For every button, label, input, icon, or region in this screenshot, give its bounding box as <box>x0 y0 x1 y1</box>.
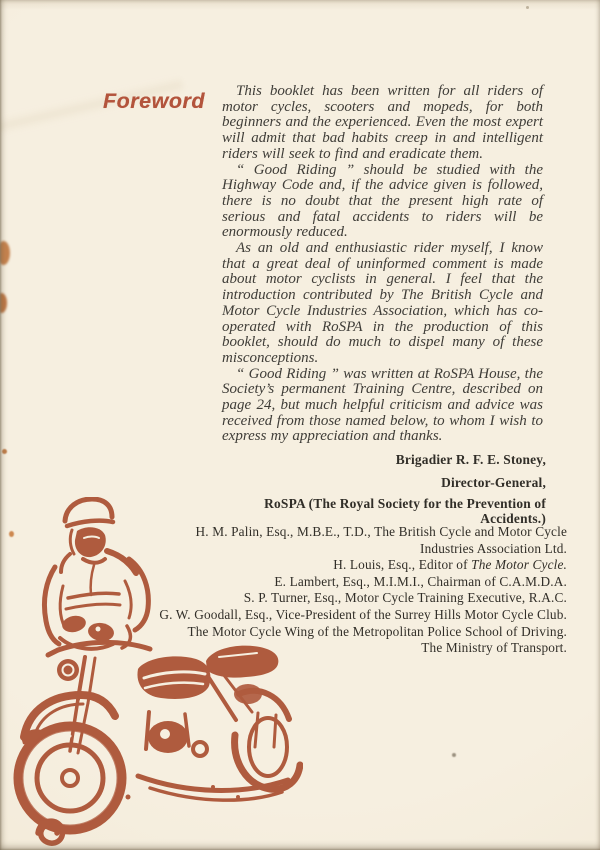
acknowledgment-text: H. Louis, Esq., Editor of <box>333 557 471 572</box>
acknowledgment-line: H. M. Palin, Esq., M.B.E., T.D., The Bri… <box>95 524 567 541</box>
page-left-edge <box>0 0 2 850</box>
page-title: Foreword <box>103 89 205 114</box>
acknowledgment-line: G. W. Goodall, Esq., Vice-President of t… <box>95 607 567 624</box>
motorcycle-figure <box>18 642 300 843</box>
acknowledgment-line: The Motor Cycle Wing of the Metropolitan… <box>95 624 567 641</box>
paragraph: “ Good Riding ” was written at RoSPA Hou… <box>222 367 543 446</box>
acknowledgment-line: Industries Association Ltd. <box>95 541 567 558</box>
paper-speck <box>452 753 456 757</box>
acknowledgment-line: The Ministry of Transport. <box>95 640 567 657</box>
paper-foxing-spot <box>2 449 7 454</box>
paragraph: This booklet has been written for all ri… <box>222 84 543 163</box>
acknowledgment-line: H. Louis, Esq., Editor of The Motor Cycl… <box>95 557 567 574</box>
acknowledgment-line: S. P. Turner, Esq., Motor Cycle Training… <box>95 590 567 607</box>
signature-block: Brigadier R. F. E. Stoney, Director-Gene… <box>220 452 546 526</box>
signature-name: Brigadier R. F. E. Stoney, <box>220 452 546 467</box>
scanned-booklet-page: Foreword This booklet has been written f… <box>0 0 600 850</box>
signature-title: Director-General, <box>220 475 546 490</box>
acknowledgments-list: H. M. Palin, Esq., M.B.E., T.D., The Bri… <box>95 524 567 657</box>
paper-foxing-spot <box>9 531 14 537</box>
paper-speck <box>526 6 529 9</box>
acknowledgment-line: E. Lambert, Esq., M.I.M.I., Chairman of … <box>95 574 567 591</box>
signature-organisation: RoSPA (The Royal Society for the Prevent… <box>220 496 546 526</box>
paragraph: As an old and enthusiastic rider myself,… <box>222 241 543 367</box>
foreword-text: This booklet has been written for all ri… <box>222 84 543 445</box>
publication-title: The Motor Cycle. <box>471 557 567 572</box>
paragraph: “ Good Riding ” should be studied with t… <box>222 163 543 242</box>
